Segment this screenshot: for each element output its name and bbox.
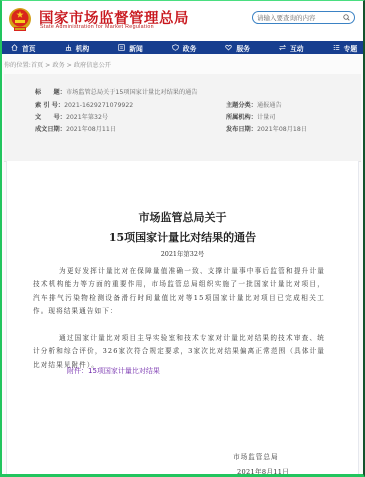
- site-logo-subtitle: State Administration for Market Regulati…: [40, 24, 154, 30]
- meta-published-value: 2021年08月18日: [257, 126, 307, 133]
- nav-item-label: 首页: [22, 43, 36, 53]
- nav-item-affairs[interactable]: 政务: [172, 43, 197, 53]
- nav-item-label: 互动: [290, 43, 304, 53]
- meta-created-label: 成文日期：: [35, 126, 66, 133]
- meta-agency-value: 计量司: [257, 114, 276, 121]
- meta-docno-label: 文 号：: [35, 114, 66, 121]
- meta-index: 索 引 号：2021-1629271079922: [35, 100, 133, 109]
- nav-item-label: 新闻: [129, 43, 143, 53]
- nav-item-label: 服务: [236, 43, 250, 53]
- meta-category-value: 通报通告: [257, 102, 282, 109]
- meta-agency-label: 所属机构：: [226, 114, 257, 121]
- shield-icon: [172, 44, 179, 51]
- search-icon[interactable]: [343, 14, 350, 21]
- meta-title: 标 题：市场监管总局关于15项国家计量比对结果的通告: [35, 87, 198, 96]
- document-paragraph-1: 为更好发挥计量比对在保障量值准确一致、支撑计量事中事后监管和提升计量技术机构能力…: [33, 265, 325, 318]
- document-title-line2: 15项国家计量比对结果的通告: [7, 229, 358, 245]
- meta-created-value: 2021年08月11日: [66, 126, 116, 133]
- nav-item-label: 专题: [344, 43, 358, 53]
- national-emblem-icon: [8, 7, 32, 33]
- org-icon: [65, 44, 72, 51]
- main-nav: 首页 机构 新闻 政务 服务 互动 专题: [2, 41, 363, 54]
- nav-item-news[interactable]: 新闻: [118, 43, 143, 53]
- nav-item-label: 政务: [183, 43, 197, 53]
- document-metadata: 标 题：市场监管总局关于15项国家计量比对结果的通告 索 引 号：2021-16…: [4, 74, 361, 162]
- site-header: 国家市场监督管理总局 State Administration for Mark…: [2, 1, 363, 41]
- nav-item-interact[interactable]: 互动: [279, 43, 304, 53]
- meta-published: 发布日期：2021年08月18日: [226, 124, 307, 133]
- swap-icon: [279, 44, 286, 51]
- nav-item-home[interactable]: 首页: [11, 43, 36, 53]
- document-number: 2021年第32号: [7, 249, 358, 258]
- list-icon: [333, 44, 340, 51]
- browser-frame: 国家市场监督管理总局 State Administration for Mark…: [0, 0, 365, 477]
- meta-published-label: 发布日期：: [226, 126, 257, 133]
- meta-docno-value: 2021年第32号: [66, 114, 108, 121]
- nav-item-org[interactable]: 机构: [65, 43, 90, 53]
- meta-title-label: 标 题：: [35, 89, 66, 96]
- search-input[interactable]: [257, 12, 342, 23]
- document-body: 市场监管总局关于 15项国家计量比对结果的通告 2021年第32号 为更好发挥计…: [6, 161, 359, 477]
- nav-item-service[interactable]: 服务: [225, 43, 250, 53]
- document-title-line1: 市场监管总局关于: [7, 209, 358, 225]
- breadcrumb: 你的位置:首页 > 政务 > 政府信息公开: [2, 54, 363, 74]
- nav-item-topics[interactable]: 专题: [333, 43, 358, 53]
- nav-item-label: 机构: [76, 43, 90, 53]
- meta-index-value: 2021-1629271079922: [64, 102, 133, 109]
- meta-category: 主题分类：通报通告: [226, 100, 282, 109]
- attachment-link[interactable]: 附件：15项国家计量比对结果: [67, 366, 160, 376]
- search-box: [252, 11, 355, 24]
- meta-docno: 文 号：2021年第32号: [35, 112, 108, 121]
- heart-icon: [225, 44, 232, 51]
- news-icon: [118, 44, 125, 51]
- document-signer: 市场监管总局: [233, 451, 279, 461]
- meta-agency: 所属机构：计量司: [226, 112, 276, 121]
- meta-title-value: 市场监管总局关于15项国家计量比对结果的通告: [66, 89, 198, 96]
- document-sign-date: 2021年8月11日: [237, 466, 289, 476]
- meta-category-label: 主题分类：: [226, 102, 257, 109]
- meta-created: 成文日期：2021年08月11日: [35, 124, 116, 133]
- meta-index-label: 索 引 号：: [35, 102, 64, 109]
- home-icon: [11, 44, 18, 51]
